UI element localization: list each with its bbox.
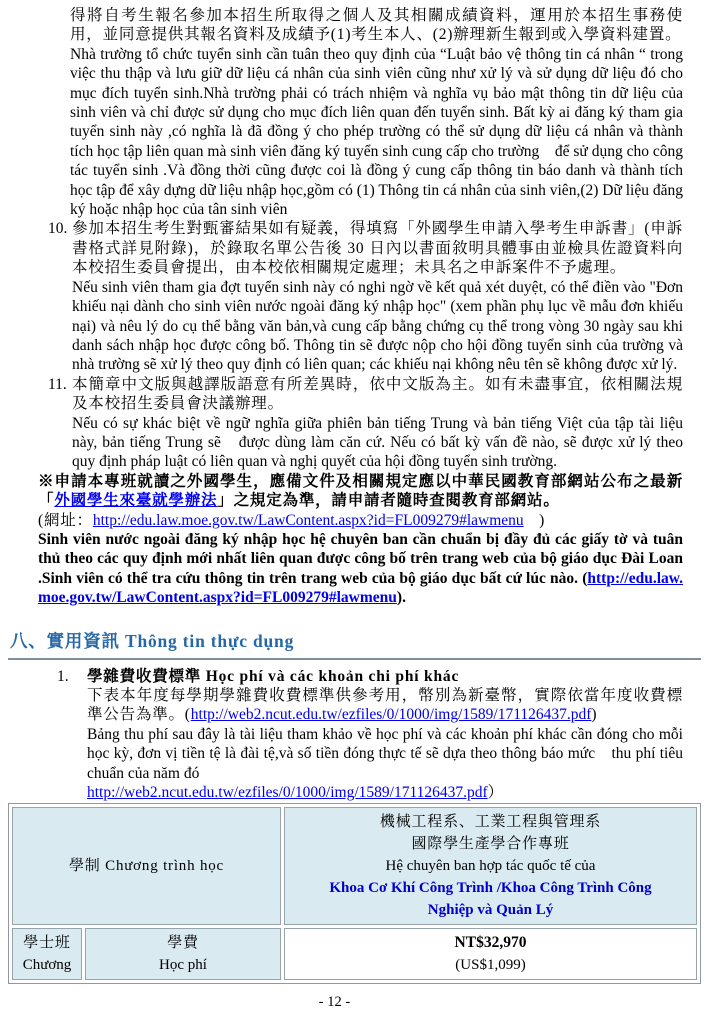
url-line-suffix: ): [524, 512, 545, 529]
degree-cell: 學士班 Chương: [12, 928, 82, 980]
regulation-link[interactable]: 外國學生來臺就學辦法: [54, 492, 217, 509]
program-label: 學制 Chương trình học: [69, 858, 224, 874]
dept-line-1: 機械工程系、工業工程與管理系: [289, 811, 692, 833]
url-line-prefix: (網址：: [38, 512, 93, 529]
fee-pdf-link-1[interactable]: http://web2.ncut.edu.tw/ezfiles/0/1000/i…: [191, 706, 592, 723]
table-row-fee: 學士班 Chương 學費 Học phí NT$32,970 (US$1,09…: [12, 928, 697, 980]
note-suffix: 」之規定為準，請申請者隨時查閱教育部網站。: [217, 492, 559, 509]
dept-name-blue-1: Khoa Cơ Khí Công Trình /Khoa Công Trình …: [289, 877, 692, 899]
moe-law-link[interactable]: http://edu.law.moe.gov.tw/LawContent.asp…: [93, 512, 524, 529]
page-content: 得將自考生報名參加本招生所取得之個人及其相關成績資料，運用於本招生事務使用，並同…: [0, 0, 709, 1013]
item1-number: 1.: [57, 667, 69, 686]
item10-text-vi: Nếu sinh viên tham gia đợt tuyển sinh nà…: [72, 278, 683, 375]
item1-pdf-line: http://web2.ncut.edu.tw/ezfiles/0/1000/i…: [87, 783, 683, 802]
table-row-program: 學制 Chương trình học 機械工程系、工業工程與管理系 國際學生產…: [12, 807, 697, 925]
fee-type-cell: 學費 Học phí: [85, 928, 281, 980]
fee-amount-cell: NT$32,970 (US$1,099): [284, 928, 697, 980]
item1-zh-paragraph: 下表本年度每學期學雜費收費標準供參考用，幣別為新臺幣，實際依當年度收費標準公告為…: [87, 686, 683, 725]
dept-line-2: 國際學生產學合作專班: [289, 833, 692, 855]
fee-amount-usd: (US$1,099): [289, 954, 692, 976]
heading-divider: [8, 658, 701, 660]
paragraph-consent-zh: 得將自考生報名參加本招生所取得之個人及其相關成績資料，運用於本招生事務使用，並同…: [70, 6, 683, 45]
list-item-11: 11. 本簡章中文版與越譯版語意有所差異時，依中文版為主。如有未盡事宜，依相關法…: [10, 375, 683, 472]
list-number-10: 10.: [48, 219, 67, 238]
section-item-1: 1. 學雜費收費標準 Học phí và các khoản chi phí …: [10, 667, 683, 803]
item1-title: 學雜費收費標準 Học phí và các khoản chi phí khá…: [87, 667, 683, 686]
program-label-cell: 學制 Chương trình học: [12, 807, 281, 925]
page-number: - 12 -: [10, 993, 659, 1012]
item1-vi-text: Bảng thu phí sau đây là tài liệu tham kh…: [87, 725, 683, 783]
list-number-11: 11.: [48, 375, 67, 394]
dept-line-3: Hệ chuyên ban hợp tác quốc tế của: [289, 855, 692, 877]
paragraph-consent-vi: Nhà trường tổ chức tuyển sinh cần tuân t…: [70, 45, 683, 220]
bold-vi-paragraph: Sinh viên nước ngoài đăng ký nhập học hệ…: [38, 530, 683, 608]
url-line: (網址：http://edu.law.moe.gov.tw/LawContent…: [38, 511, 683, 530]
tuition-table: 學制 Chương trình học 機械工程系、工業工程與管理系 國際學生產…: [8, 803, 701, 984]
item11-text-zh: 本簡章中文版與越譯版語意有所差異時，依中文版為主。如有未盡事宜，依相關法規及本校…: [72, 375, 683, 414]
fee-type-zh: 學費: [90, 932, 276, 954]
degree-zh: 學士班: [17, 932, 77, 954]
document-page: 得將自考生報名參加本招生所取得之個人及其相關成績資料，運用於本招生事務使用，並同…: [0, 0, 709, 1024]
fee-pdf-link-2[interactable]: http://web2.ncut.edu.tw/ezfiles/0/1000/i…: [87, 784, 488, 801]
fee-type-vi: Học phí: [90, 954, 276, 976]
item11-text-vi: Nếu có sự khác biệt về ngữ nghĩa giữa ph…: [72, 414, 683, 472]
bold-vi-suffix: ).: [397, 589, 406, 606]
note-block: ※申請本專班就讀之外國學生，應備文件及相關規定應以中華民國教育部網站公布之最新「…: [38, 472, 683, 608]
degree-vi: Chương: [17, 954, 77, 976]
note-paragraph: ※申請本專班就讀之外國學生，應備文件及相關規定應以中華民國教育部網站公布之最新「…: [38, 472, 683, 511]
dept-name-blue-2: Nghiệp và Quản Lý: [289, 899, 692, 921]
section-heading: 八、實用資訊 Thông tin thực dụng: [10, 628, 683, 654]
item1-zh-suffix: ): [591, 706, 596, 723]
item1-pdf-suffix: ）: [488, 784, 504, 801]
item10-text-zh: 參加本招生考生對甄審結果如有疑義，得填寫「外國學生申請入學考生申訴書」(申訴書格…: [72, 219, 683, 277]
department-cell: 機械工程系、工業工程與管理系 國際學生產學合作專班 Hệ chuyên ban …: [284, 807, 697, 925]
fee-amount-ntd: NT$32,970: [289, 932, 692, 954]
list-item-10: 10. 參加本招生考生對甄審結果如有疑義，得填寫「外國學生申請入學考生申訴書」(…: [10, 219, 683, 374]
